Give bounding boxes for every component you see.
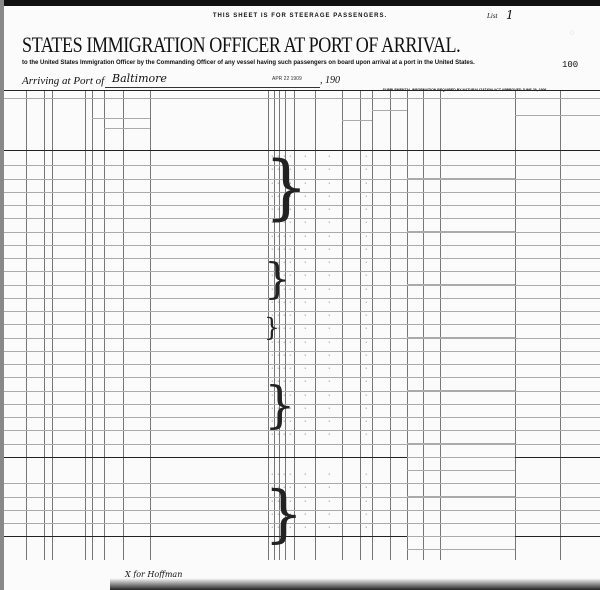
header-top-rule — [4, 90, 600, 91]
group-brace: } — [264, 380, 296, 430]
ditto-mark: · — [365, 299, 367, 306]
column-number-rule — [4, 98, 600, 99]
ditto-mark: · — [328, 498, 330, 505]
ditto-mark: · — [289, 246, 291, 253]
marks-rule — [407, 178, 515, 179]
ditto-mark: · — [328, 378, 330, 385]
ditto-mark: · — [328, 180, 330, 187]
ditto-mark: · — [271, 246, 273, 253]
c17-sub-rule — [92, 118, 150, 119]
ditto-mark: · — [271, 352, 273, 359]
ditto-mark: · — [365, 365, 367, 372]
ditto-mark: · — [328, 471, 330, 478]
ditto-mark: · — [304, 392, 306, 399]
ditto-mark: · — [365, 378, 367, 385]
ditto-mark: · — [289, 312, 291, 319]
ditto-mark: · — [328, 365, 330, 372]
ditto-mark: · — [328, 153, 330, 160]
ditto-mark: · — [328, 484, 330, 491]
ditto-mark: · — [365, 233, 367, 240]
marks-rule — [407, 549, 515, 550]
ditto-mark: · — [283, 312, 285, 319]
ditto-mark: · — [328, 166, 330, 173]
ditto-mark: · — [277, 233, 279, 240]
ditto-mark: · — [289, 339, 291, 346]
ditto-mark: · — [365, 272, 367, 279]
group-brace: } — [264, 483, 303, 545]
ditto-mark: · — [365, 484, 367, 491]
marks-rule — [407, 523, 515, 524]
ditto-mark: · — [283, 339, 285, 346]
c17-sub-rule-2 — [104, 128, 150, 129]
ditto-mark: · — [271, 233, 273, 240]
ditto-mark: · — [304, 272, 306, 279]
ditto-mark: · — [304, 286, 306, 293]
ditto-mark: · — [365, 418, 367, 425]
ditto-mark: · — [365, 511, 367, 518]
ditto-mark: · — [277, 352, 279, 359]
marks-rule — [407, 404, 515, 405]
marks-rule — [407, 457, 515, 458]
ditto-mark: · — [328, 259, 330, 266]
marks-rule — [407, 496, 515, 497]
ditto-mark: · — [289, 352, 291, 359]
scan-border-bottom — [110, 578, 600, 590]
ditto-mark: · — [283, 246, 285, 253]
ditto-mark: · — [289, 365, 291, 372]
marks-rule — [407, 284, 515, 285]
ditto-mark: · — [365, 286, 367, 293]
ditto-mark: · — [365, 524, 367, 531]
marks-rule — [407, 536, 515, 537]
ditto-mark: · — [328, 193, 330, 200]
ditto-mark: · — [328, 286, 330, 293]
ditto-mark: · — [365, 193, 367, 200]
ditto-mark: · — [328, 219, 330, 226]
ditto-mark: · — [365, 325, 367, 332]
ditto-mark: · — [328, 312, 330, 319]
marks-rule — [407, 364, 515, 365]
ditto-mark: · — [304, 339, 306, 346]
marks-rule — [407, 192, 515, 193]
ditto-mark: · — [328, 325, 330, 332]
ditto-mark: · — [304, 498, 306, 505]
ditto-mark: · — [304, 431, 306, 438]
marks-rule — [407, 258, 515, 259]
manifest-table: ········································… — [0, 0, 600, 590]
marks-rule — [407, 324, 515, 325]
marks-rule — [407, 390, 515, 391]
ditto-mark: · — [328, 431, 330, 438]
ditto-mark: · — [304, 365, 306, 372]
c29-sub-rule — [515, 115, 600, 116]
ditto-mark: · — [283, 352, 285, 359]
marks-rule — [407, 231, 515, 232]
marks-rule — [407, 298, 515, 299]
marks-rule — [407, 271, 515, 272]
marks-rule — [407, 510, 515, 511]
ditto-mark: · — [365, 246, 367, 253]
ditto-mark: · — [304, 418, 306, 425]
ditto-mark: · — [328, 339, 330, 346]
ditto-mark: · — [328, 418, 330, 425]
ditto-mark: · — [365, 352, 367, 359]
group-brace: } — [264, 152, 309, 222]
ditto-mark: · — [304, 511, 306, 518]
ditto-mark: · — [304, 524, 306, 531]
ditto-mark: · — [365, 153, 367, 160]
marks-rule — [407, 483, 515, 484]
marks-rule — [407, 245, 515, 246]
ditto-mark: · — [283, 233, 285, 240]
ditto-mark: · — [365, 392, 367, 399]
ditto-mark: · — [328, 206, 330, 213]
ditto-mark: · — [365, 180, 367, 187]
marks-rule — [407, 351, 515, 352]
ditto-mark: · — [328, 524, 330, 531]
marks-rule — [407, 311, 515, 312]
ditto-mark: · — [304, 325, 306, 332]
ditto-mark: · — [304, 246, 306, 253]
marks-rule — [407, 417, 515, 418]
ditto-mark: · — [328, 299, 330, 306]
ditto-mark: · — [328, 246, 330, 253]
ditto-mark: · — [277, 246, 279, 253]
ditto-mark: · — [365, 498, 367, 505]
group-brace: } — [264, 258, 291, 300]
ditto-mark: · — [283, 365, 285, 372]
ditto-mark: · — [365, 431, 367, 438]
marks-rule — [407, 165, 515, 166]
marks-rule — [407, 470, 515, 471]
ditto-mark: · — [328, 511, 330, 518]
ditto-mark: · — [365, 219, 367, 226]
manifest-sheet: THIS SHEET IS FOR STEERAGE PASSENGERS. L… — [0, 0, 600, 590]
ditto-mark: · — [289, 325, 291, 332]
ditto-mark: · — [283, 325, 285, 332]
ditto-mark: · — [328, 352, 330, 359]
ditto-mark: · — [289, 233, 291, 240]
ditto-mark: · — [304, 352, 306, 359]
marks-rule — [407, 337, 515, 338]
ditto-mark: · — [365, 339, 367, 346]
ditto-mark: · — [304, 405, 306, 412]
ditto-mark: · — [365, 259, 367, 266]
ditto-mark: · — [277, 365, 279, 372]
group-brace: } — [264, 315, 280, 340]
marks-rule — [407, 218, 515, 219]
ditto-mark: · — [304, 259, 306, 266]
ditto-mark: · — [304, 233, 306, 240]
ditto-mark: · — [271, 365, 273, 372]
ditto-mark: · — [304, 299, 306, 306]
ditto-mark: · — [365, 206, 367, 213]
ditto-mark: · — [365, 405, 367, 412]
ditto-mark: · — [304, 471, 306, 478]
marks-rule — [407, 205, 515, 206]
ditto-mark: · — [365, 166, 367, 173]
ditto-mark: · — [328, 233, 330, 240]
c27-sub-rule — [372, 110, 407, 111]
ditto-mark: · — [304, 378, 306, 385]
ditto-mark: · — [304, 484, 306, 491]
ditto-mark: · — [328, 272, 330, 279]
marks-rule — [407, 430, 515, 431]
c25-sub-rule — [342, 120, 372, 121]
ditto-mark: · — [328, 405, 330, 412]
ditto-mark: · — [304, 312, 306, 319]
ditto-mark: · — [365, 471, 367, 478]
ditto-mark: · — [365, 312, 367, 319]
ditto-mark: · — [328, 392, 330, 399]
marks-rule — [407, 443, 515, 444]
marks-rule — [407, 377, 515, 378]
